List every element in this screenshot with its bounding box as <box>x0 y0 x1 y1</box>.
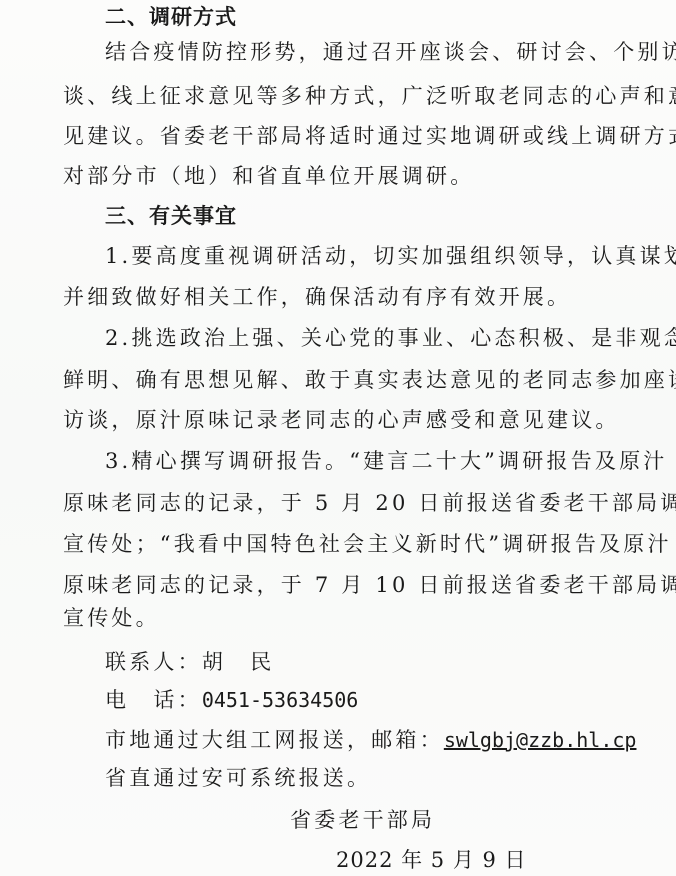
contact-person-label: 联系人： <box>105 650 202 674</box>
paragraph-line: 谈、线上征求意见等多种方式，广泛听取老同志的心声和意 <box>63 82 676 110</box>
paragraph-line: 结合疫情防控形势，通过召开座谈会、研讨会、个别访 <box>105 38 676 66</box>
contact-phone-label: 电 话： <box>105 688 202 712</box>
paragraph-line: 宣传处。 <box>63 604 160 632</box>
contact-person-name: 胡 民 <box>202 650 275 674</box>
contact-email-line: 市地通过大组工网报送，邮箱：swlgbj@zzb.hl.cp <box>105 726 636 754</box>
contact-person: 联系人：胡 民 <box>105 648 274 676</box>
signature-org: 省委老干部局 <box>290 806 435 834</box>
paragraph-line: 原味老同志的记录，于 5 月 20 日前报送省委老干部局调研 <box>63 489 676 517</box>
province-submission-note: 省直通过安可系统报送。 <box>105 764 371 792</box>
paragraph-line: 2.挑选政治上强、关心党的事业、心态积极、是非观念 <box>105 324 676 352</box>
section-heading-matters: 三、有关事宜 <box>105 202 237 230</box>
paragraph-line: 宣传处；“我看中国特色社会主义新时代”调研报告及原汁 <box>63 530 672 558</box>
contact-email-label: 市地通过大组工网报送，邮箱： <box>105 728 444 752</box>
signature-date: 2022 年 5 月 9 日 <box>336 846 527 874</box>
section-heading-methods: 二、调研方式 <box>105 3 237 31</box>
paragraph-line: 对部分市（地）和省直单位开展调研。 <box>63 162 474 190</box>
paragraph-line: 原味老同志的记录，于 7 月 10 日前报送省委老干部局调研 <box>63 571 676 599</box>
paragraph-line: 见建议。省委老干部局将适时通过实地调研或线上调研方式 <box>63 122 676 150</box>
paragraph-line: 3.精心撰写调研报告。“建言二十大”调研报告及原汁 <box>105 447 668 475</box>
contact-phone: 电 话：0451-53634506 <box>105 686 358 714</box>
paragraph-line: 鲜明、确有思想见解、敢于真实表达意见的老同志参加座谈 <box>63 366 676 394</box>
email-link[interactable]: swlgbj@zzb.hl.cp <box>444 728 637 752</box>
paragraph-line: 并细致做好相关工作，确保活动有序有效开展。 <box>63 283 571 311</box>
contact-phone-number: 0451-53634506 <box>202 688 359 712</box>
paragraph-line: 1.要高度重视调研活动，切实加强组织领导，认真谋划 <box>105 242 676 270</box>
document-page: 二、调研方式 结合疫情防控形势，通过召开座谈会、研讨会、个别访 谈、线上征求意见… <box>0 0 676 876</box>
paragraph-line: 访谈，原汁原味记录老同志的心声感受和意见建议。 <box>63 406 620 434</box>
